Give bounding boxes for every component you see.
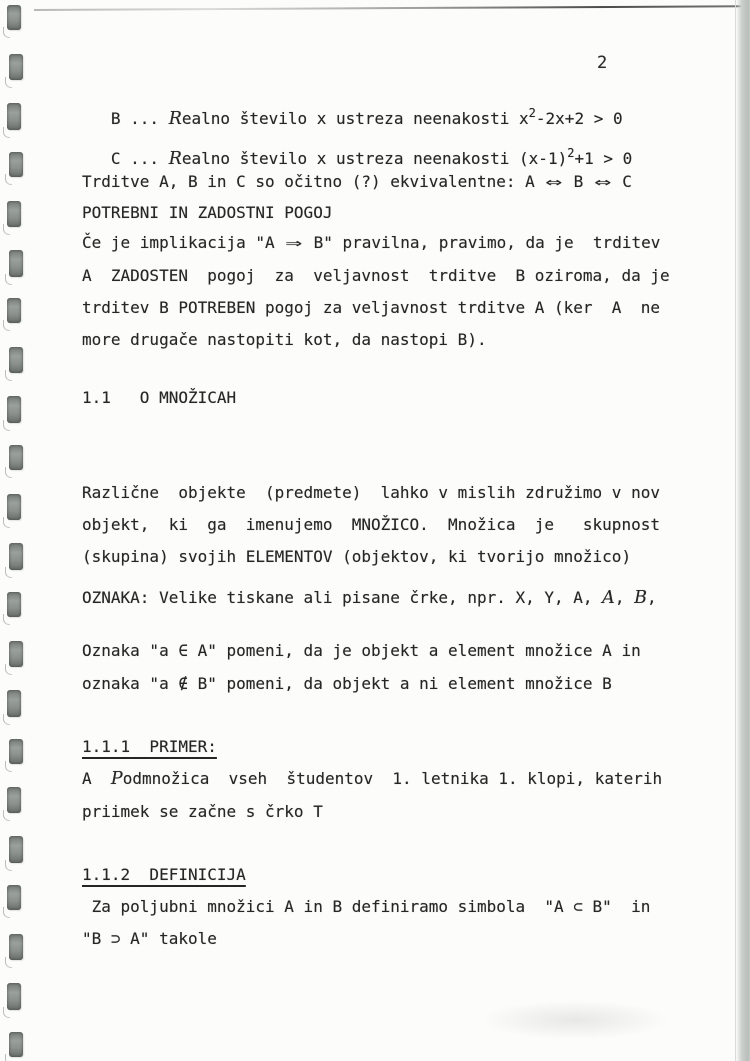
line-equivalence: Trditve A, B in C so očitno (?) ekvivale… [82, 172, 632, 192]
heading-1-1-1-primer: 1.1.1 PRIMER: [82, 737, 217, 757]
binding-hole [9, 445, 23, 470]
binding-hole [7, 983, 21, 1010]
binding-hole [7, 787, 21, 813]
binding-hole [9, 54, 23, 80]
page-number: 2 [597, 53, 607, 73]
binding-hole [7, 885, 21, 910]
line-oznaka: OZNAKA: Velike tiskane ali pisane črke, … [82, 588, 657, 608]
line-element-2: oznaka "a ∉ B" pomeni, da objekt a ni el… [82, 674, 612, 694]
binding-hole [7, 592, 21, 617]
line-implication-4: more drugače nastopiti kot, da nastopi B… [82, 330, 487, 350]
binding-hole [9, 543, 23, 570]
binding-hole [7, 5, 21, 30]
binding-hole [9, 250, 23, 277]
heading-potrebni-in-zadostni-pogoj: POTREBNI IN ZADOSTNI POGOJ [82, 203, 332, 223]
line-primer-1: A Podmnožica vseh študentov 1. letnika 1… [82, 769, 662, 789]
binding-holes-column [0, 0, 30, 1061]
binding-hole [7, 690, 21, 717]
binding-hole [7, 201, 21, 227]
binding-hole [7, 103, 21, 130]
scanned-document-page: 2 B ... Realno število x ustreza neenako… [0, 0, 750, 1061]
binding-hole [9, 641, 23, 667]
line-sets-2: objekt, ki ga imenujemo MNOŽICO. Množica… [82, 515, 660, 535]
line-element-1: Oznaka "a ∈ A" pomeni, da je objekt a el… [82, 641, 641, 661]
line-definition-2: "B ⊃ A" takole [82, 929, 217, 949]
line-statement-c: C ... Realno število x ustreza neenakost… [82, 143, 632, 169]
page-edge-shadow [735, 0, 750, 1061]
line-sets-1: Različne objekte (predmete) lahko v misl… [82, 483, 660, 503]
binding-hole [9, 152, 23, 177]
line-definition-1: Za poljubni množici A in B definiramo si… [82, 897, 650, 917]
binding-hole [9, 739, 23, 764]
binding-hole [9, 934, 23, 960]
line-implication-1: Če je implikacija "A ⇒ B" pravilna, prav… [82, 233, 660, 253]
line-implication-2: A ZADOSTEN pogoj za veljavnost trditve B… [82, 266, 670, 286]
scan-artifact-top-line [34, 5, 742, 11]
heading-1-1-2-definicija: 1.1.2 DEFINICIJA [82, 865, 246, 885]
line-sets-3: (skupina) svojih ELEMENTOV (objektov, ki… [82, 547, 631, 567]
binding-hole [9, 836, 23, 863]
binding-hole [9, 347, 23, 373]
line-implication-3: trditev B POTREBEN pogoj za veljavnost t… [82, 298, 660, 318]
binding-hole [7, 494, 21, 520]
line-statement-b: B ... Realno število x ustreza neenakost… [82, 103, 623, 129]
binding-hole [9, 1032, 23, 1057]
scan-smudge [480, 1000, 670, 1040]
binding-hole [7, 396, 21, 423]
line-primer-2: priimek se začne s črko T [82, 802, 323, 822]
binding-hole [7, 298, 21, 323]
heading-1-1-o-mnozicah: 1.1 O MNOŽICAH [82, 388, 236, 408]
